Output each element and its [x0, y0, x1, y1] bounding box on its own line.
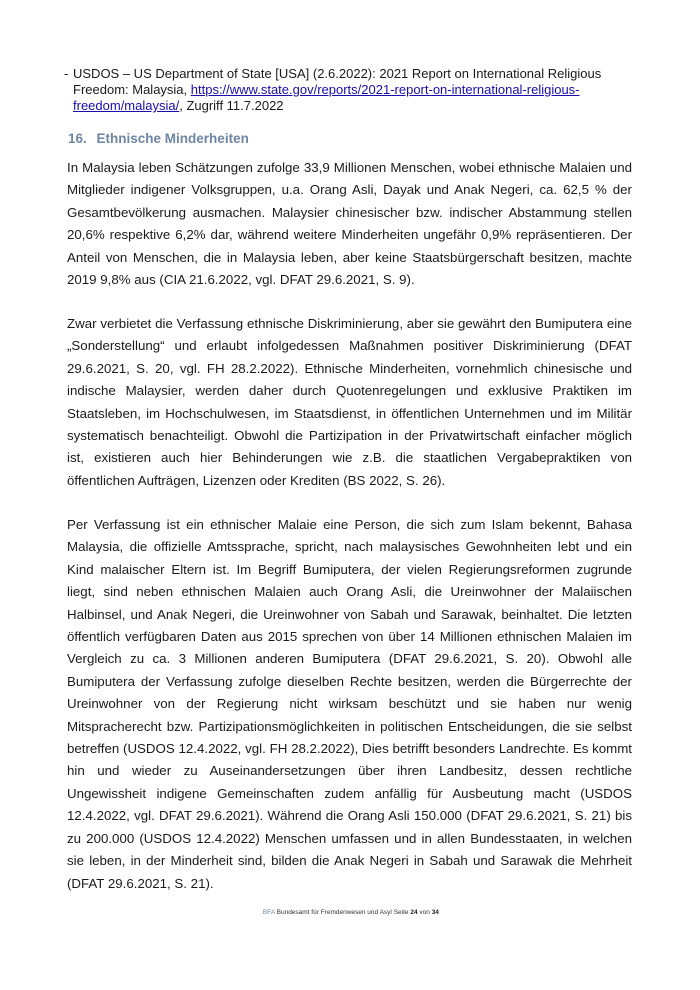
paragraph-population: In Malaysia leben Schätzungen zufolge 33…: [67, 157, 632, 291]
bullet-dash: -: [64, 66, 68, 82]
footer-page-current: 24: [410, 909, 417, 916]
reference-list-item: - USDOS – US Department of State [USA] (…: [64, 66, 624, 114]
footer-of-label: von: [419, 909, 429, 916]
page-footer: .BFA Bundesamt für Fremdenwesen und Asyl…: [0, 909, 700, 916]
reference-text: USDOS – US Department of State [USA] (2.…: [64, 66, 624, 114]
paragraph-discrimination: Zwar verbietet die Verfassung ethnische …: [67, 313, 632, 492]
footer-page-total: 34: [432, 909, 439, 916]
footer-org: Bundesamt für Fremdenwesen und Asyl: [277, 909, 392, 916]
document-page: - USDOS – US Department of State [USA] (…: [0, 0, 700, 990]
paragraph-bumiputera: Per Verfassung ist ein ethnischer Malaie…: [67, 514, 632, 895]
footer-page-label: Seite: [394, 909, 409, 916]
section-heading: 16. Ethnische Minderheiten: [68, 131, 249, 146]
section-number: 16.: [68, 131, 87, 146]
section-title: Ethnische Minderheiten: [97, 131, 249, 146]
reference-text-after: , Zugriff 11.7.2022: [179, 98, 283, 113]
footer-brand-logo: .BFA: [261, 909, 275, 916]
